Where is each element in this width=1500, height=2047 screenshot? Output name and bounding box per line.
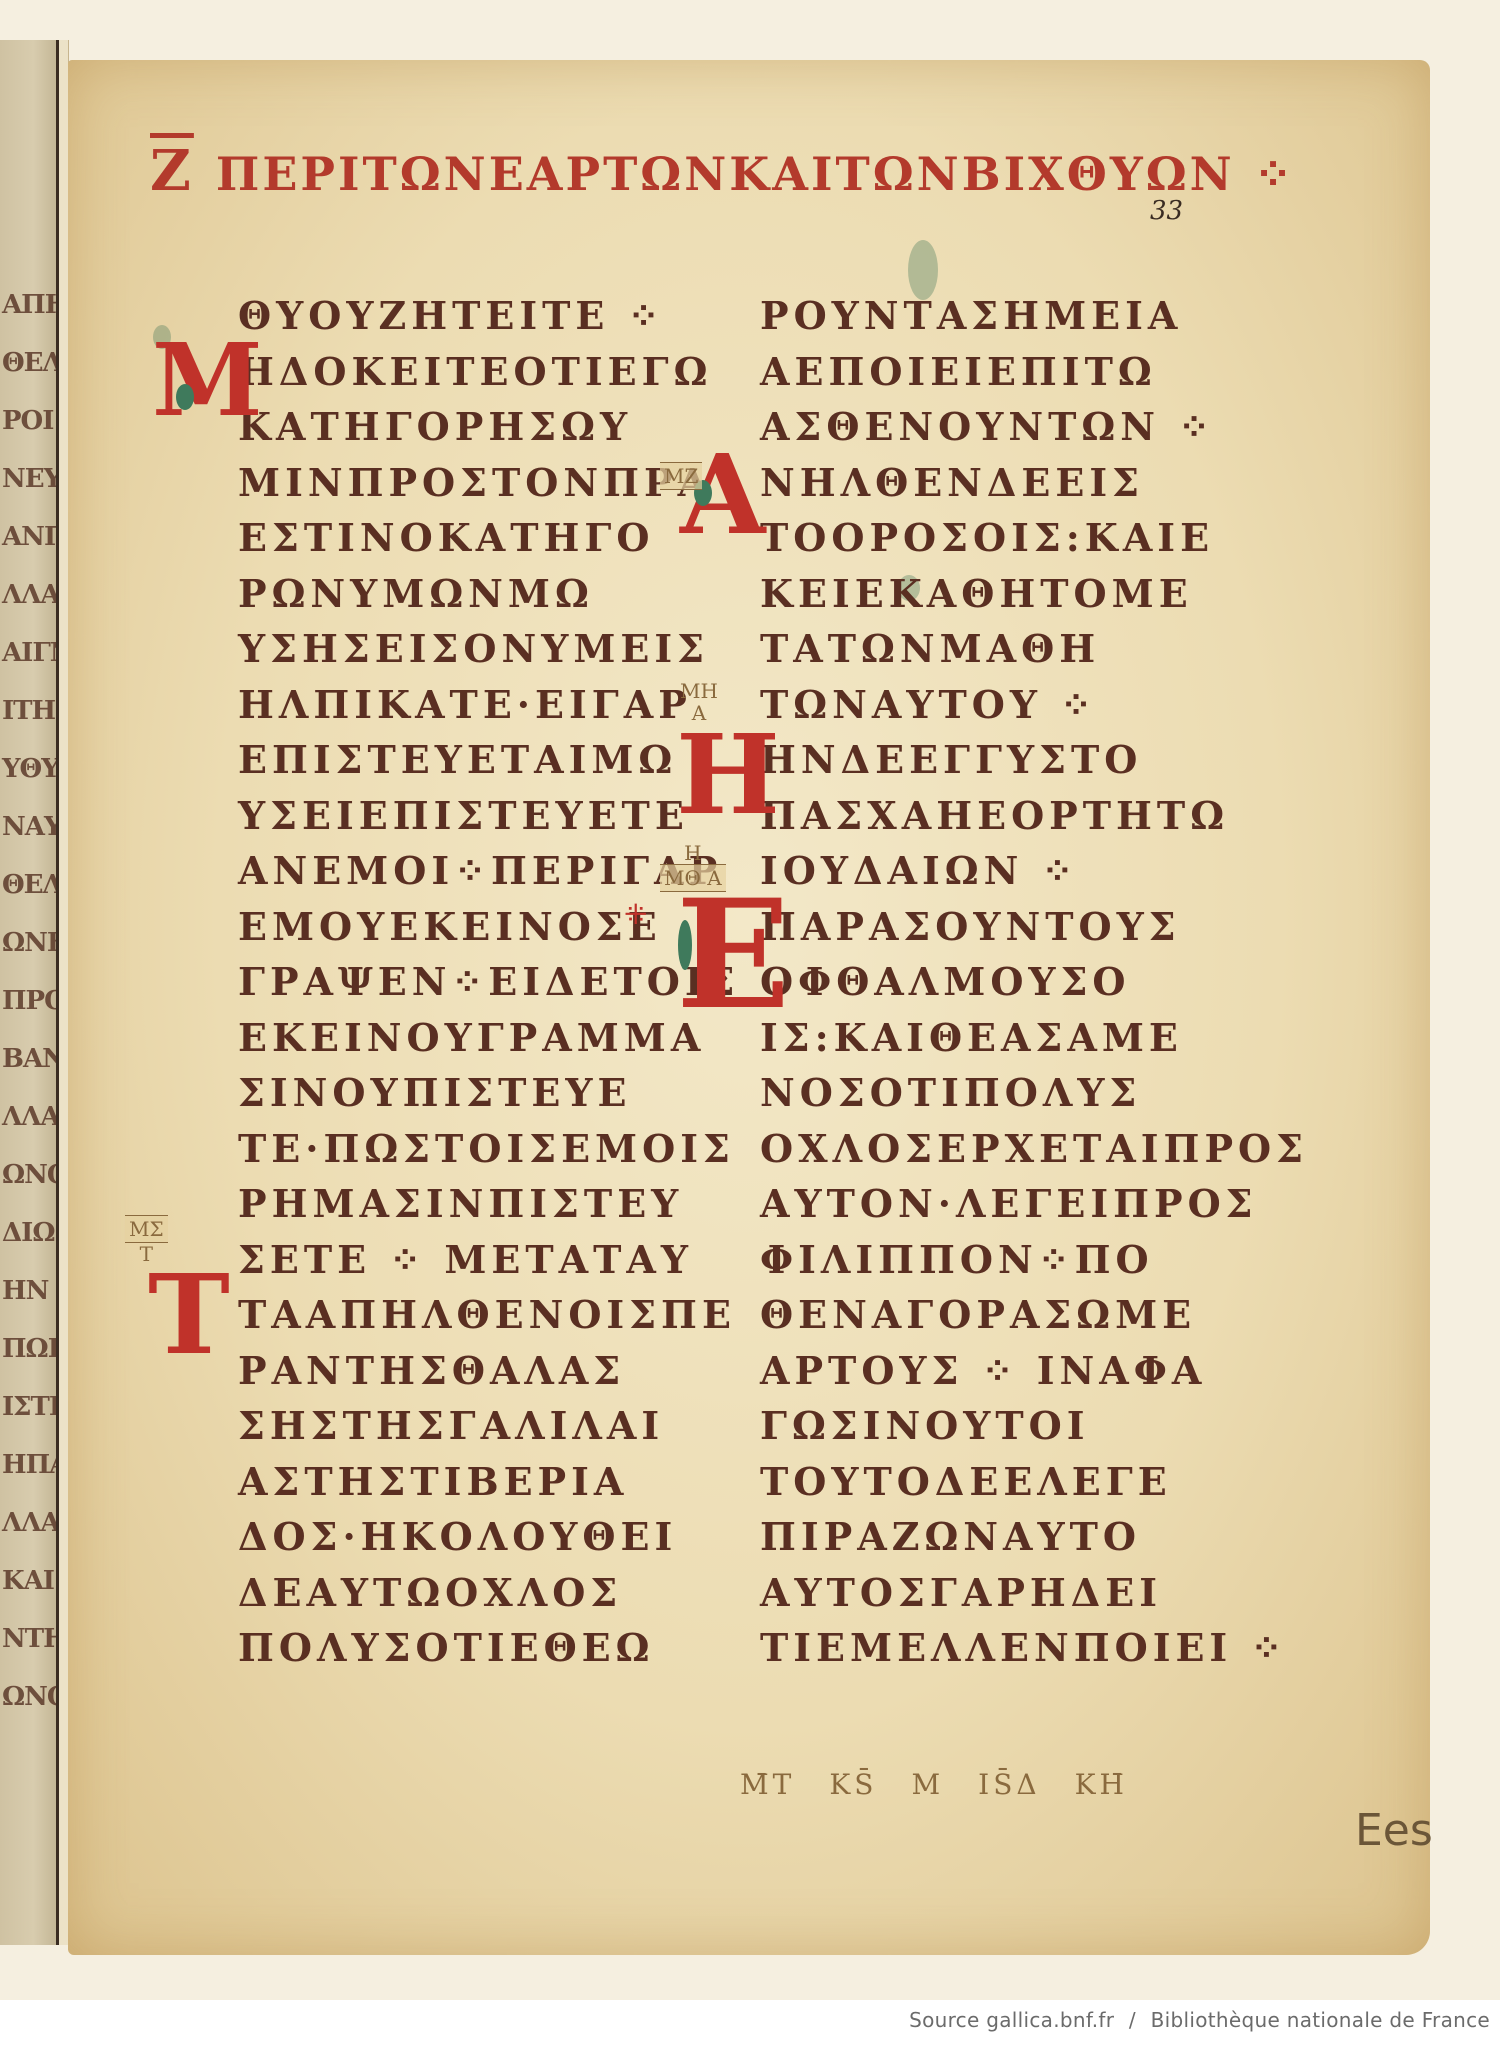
institution-name: Bibliothèque nationale de France (1151, 2008, 1490, 2032)
text-line: ΘΕΝΑΓΟΡΑΣΩΜΕ (760, 1287, 1308, 1343)
previous-folio-line: ΔΙΩ (2, 1218, 59, 1248)
previous-folio-line: ΘΕΛΙ (2, 348, 59, 378)
previous-folio-line: ΡΟΙ (2, 406, 59, 436)
text-line: ΤΟΟΡΟΣΟΙΣ:ΚΑΙΕ (760, 510, 1308, 566)
text-line: ΕΜΟΥΕΚΕΙΝΟΣΕ (238, 899, 739, 955)
text-line: ΠΑΣΧΑΗΕΟΡΤΗΤΩ (760, 788, 1308, 844)
previous-folio-line: ΝΤΗ (2, 1624, 59, 1654)
canon-entry: ΚΗ̄ (1075, 1768, 1128, 1801)
decorated-initial-alpha: Α (680, 440, 765, 550)
text-line: ΑΥΤΟΣΓΑΡΗΔΕΙ (760, 1565, 1308, 1621)
marginal-section-number: ΜΣ Τ (125, 1215, 168, 1265)
text-line: ΤΑΤΩΝΜΑΘΗ (760, 621, 1308, 677)
source-link[interactable]: Source gallica.bnf.fr (909, 2008, 1114, 2032)
previous-folio-line: ΘΕΛΗ (2, 870, 59, 900)
text-line: ΤΟΥΤΟΔΕΕΛΕΓΕ (760, 1454, 1308, 1510)
previous-folio-line: ΑΠΗ (2, 290, 59, 320)
text-line: ΑΥΤΟΝ·ΛΕΓΕΙΠΡΟΣ (760, 1176, 1308, 1232)
decorated-initial-mu: Μ (152, 330, 263, 430)
text-line: ΗΔΟΚΕΙΤΕΟΤΙΕΓΩ (238, 344, 739, 400)
previous-folio-line: ΛΛΑΙ (2, 1508, 59, 1538)
rubric-chapter-title: ΖΠΕΡΙΤΩΝΕΑΡΤΩΝΚΑΙΤΩΝΒΙΧΘΥΩΝ ⁘ (150, 138, 1295, 204)
text-line: ΓΡΑΨΕΝ⁘ΕΙΔΕΤΟΙΣ (238, 954, 739, 1010)
text-line: ΚΕΙΕΚΑΘΗΤΟΜΕ (760, 566, 1308, 622)
previous-folio-line: ΒΑΝΙ (2, 1044, 59, 1074)
previous-folio-line: ΥΘΥ (2, 754, 59, 784)
text-line: ΣΗΣΤΗΣΓΑΛΙΛΑΙ (238, 1398, 739, 1454)
previous-folio-line: ΝΑΥ (2, 812, 59, 842)
canon-entry: ΚS̄ (829, 1768, 877, 1801)
previous-folio-line: ΗΠΑΡ (2, 1450, 59, 1480)
text-line: ΔΟΣ·ΗΚΟΛΟΥΘΕΙ (238, 1509, 739, 1565)
text-line: ΤΩΝΑΥΤΟΥ ⁘ (760, 677, 1308, 733)
text-line: ΑΕΠΟΙΕΙΕΠΙΤΩ (760, 344, 1308, 400)
chapter-title-text: ΠΕΡΙΤΩΝΕΑΡΤΩΝΚΑΙΤΩΝΒΙΧΘΥΩΝ ⁘ (216, 147, 1295, 201)
text-line: ΘΥΟΥΖΗΤΕΙΤΕ ⁘ (238, 288, 739, 344)
previous-folio-line: ΗΝ (2, 1276, 59, 1306)
left-text-column: ΘΥΟΥΖΗΤΕΙΤΕ ⁘ΗΔΟΚΕΙΤΕΟΤΙΕΓΩΚΑΤΗΓΟΡΗΣΩΥΜΙ… (238, 288, 739, 1676)
text-line: ΥΣΗΣΕΙΣΟΝΥΜΕΙΣ (238, 621, 739, 677)
previous-folio-line: ΠΡΟΣΔ (2, 986, 59, 1016)
green-accent (176, 384, 194, 410)
source-attribution: Source gallica.bnf.fr / Bibliothèque nat… (909, 2008, 1490, 2032)
text-line: ΚΑΤΗΓΟΡΗΣΩΥ (238, 399, 739, 455)
text-line: ΣΙΝΟΥΠΙΣΤΕΥΕ (238, 1065, 739, 1121)
previous-folio-line: ΝΕΥΗ (2, 464, 59, 494)
decorated-initial-epsilon: Ε (676, 880, 790, 1030)
text-line: ΤΙΕΜΕΛΛΕΝΠΟΙΕΙ ⁘ (760, 1620, 1308, 1676)
previous-folio-line: ΩΝΟΥ (2, 1682, 59, 1712)
text-line: ΝΗΛΘΕΝΔΕΕΙΣ (760, 455, 1308, 511)
previous-folio-edge: ΑΠΗΘΕΛΙΡΟΙΝΕΥΗΑΝΠΑΛΛΑΑΙΓΝΑΙΤΗΥΘΥΝΑΥΘΕΛΗΩ… (0, 40, 59, 1945)
text-line: ΓΩΣΙΝΟΥΤΟΙ (760, 1398, 1308, 1454)
previous-folio-line: ΙΤΗ (2, 696, 59, 726)
separator: / (1129, 2008, 1136, 2032)
decorated-initial-tau: Τ (148, 1260, 230, 1370)
text-line: ΡΟΥΝΤΑΣΗΜΕΙΑ (760, 288, 1308, 344)
text-line: ΣΕΤΕ ⁘ ΜΕΤΑΤΑΥ (238, 1232, 739, 1288)
text-line: ΤΕ·ΠΩΣΤΟΙΣΕΜΟΙΣ (238, 1121, 739, 1177)
right-text-column: ΡΟΥΝΤΑΣΗΜΕΙΑΑΕΠΟΙΕΙΕΠΙΤΩΑΣΘΕΝΟΥΝΤΩΝ ⁘ΝΗΛ… (760, 288, 1308, 1676)
canon-entry: Μ (911, 1768, 944, 1801)
marginal-section-number: Η ΜΘ Α (660, 842, 726, 892)
shelf-mark: Ees (1355, 1805, 1433, 1856)
red-cross-mark: ⁜ (624, 904, 647, 926)
text-line: ΠΟΛΥΣΟΤΙΕΘΕΩ (238, 1620, 739, 1676)
previous-folio-line: ΑΝΠΑ (2, 522, 59, 552)
marginal-section-number: ΜΖ (660, 462, 702, 490)
text-line: ΕΚΕΙΝΟΥΓΡΑΜΜΑ (238, 1010, 739, 1066)
text-line: ΙΣ:ΚΑΙΘΕΑΣΑΜΕ (760, 1010, 1308, 1066)
text-line: ΡΑΝΤΗΣΘΑΛΑΣ (238, 1343, 739, 1399)
text-line: ΗΝΔΕΕΓΓΥΣΤΟ (760, 732, 1308, 788)
text-line: ΗΛΠΙΚΑΤΕ·ΕΙΓΑΡ (238, 677, 739, 733)
previous-folio-line: ΛΛΑΙ (2, 1102, 59, 1132)
chapter-numeral: Ζ (150, 138, 194, 204)
text-line: ΡΗΜΑΣΙΝΠΙΣΤΕΥ (238, 1176, 739, 1232)
text-line: ΑΣΤΗΣΤΙΒΕΡΙΑ (238, 1454, 739, 1510)
canon-entry: Μ̄Τ (740, 1768, 795, 1801)
text-line: ΔΕΑΥΤΩΟΧΛΟΣ (238, 1565, 739, 1621)
text-line: ΠΑΡΑΣΟΥΝΤΟΥΣ (760, 899, 1308, 955)
text-line: ΙΟΥΔΑΙΩΝ ⁘ (760, 843, 1308, 899)
text-line: ΠΙΡΑΖΩΝΑΥΤΟ (760, 1509, 1308, 1565)
text-line: ΤΑΑΠΗΛΘΕΝΟΙΣΠΕ (238, 1287, 739, 1343)
green-accent (678, 920, 692, 970)
previous-folio-line: ΙΣΤΕ (2, 1392, 59, 1422)
text-line: ΕΠΙΣΤΕΥΕΤΑΙΜΩ (238, 732, 739, 788)
canon-entry: ΙS̄Δ (978, 1768, 1040, 1801)
text-line: ΟΧΛΟΣΕΡΧΕΤΑΙΠΡΟΣ (760, 1121, 1308, 1177)
previous-folio-line: ΑΙΓΝΑ (2, 638, 59, 668)
previous-folio-line: ΩΝΟ (2, 1160, 59, 1190)
text-line: ΡΩΝΥΜΩΝΜΩ (238, 566, 739, 622)
text-line: ΕΣΤΙΝΟΚΑΤΗΓΟ (238, 510, 739, 566)
text-line: ΦΙΛΙΠΠΟΝ⁘ΠΟ (760, 1232, 1308, 1288)
text-line: ΑΡΤΟΥΣ ⁘ ΙΝΑΦΑ (760, 1343, 1308, 1399)
folio-number: 33 (1150, 196, 1183, 226)
decorated-initial-eta: Η (676, 720, 780, 830)
text-line: ΑΣΘΕΝΟΥΝΤΩΝ ⁘ (760, 399, 1308, 455)
previous-folio-line: ΩΝΗ (2, 928, 59, 958)
text-line: ΥΣΕΙΕΠΙΣΤΕΥΕΤΕ (238, 788, 739, 844)
previous-folio-line: ΛΛΑ (2, 580, 59, 610)
text-line: ΟΦΘΑΛΜΟΥΣΟ (760, 954, 1308, 1010)
previous-folio-line: ΠΩΙ (2, 1334, 59, 1364)
eusebian-canon-line: Μ̄ΤΚS̄ΜΙS̄ΔΚΗ̄ (740, 1768, 1162, 1801)
marginal-section-number: ΜΗ Α (680, 680, 718, 724)
previous-folio-line: ΚΑΙ (2, 1566, 59, 1596)
text-line: ΝΟΣΟΤΙΠΟΛΥΣ (760, 1065, 1308, 1121)
